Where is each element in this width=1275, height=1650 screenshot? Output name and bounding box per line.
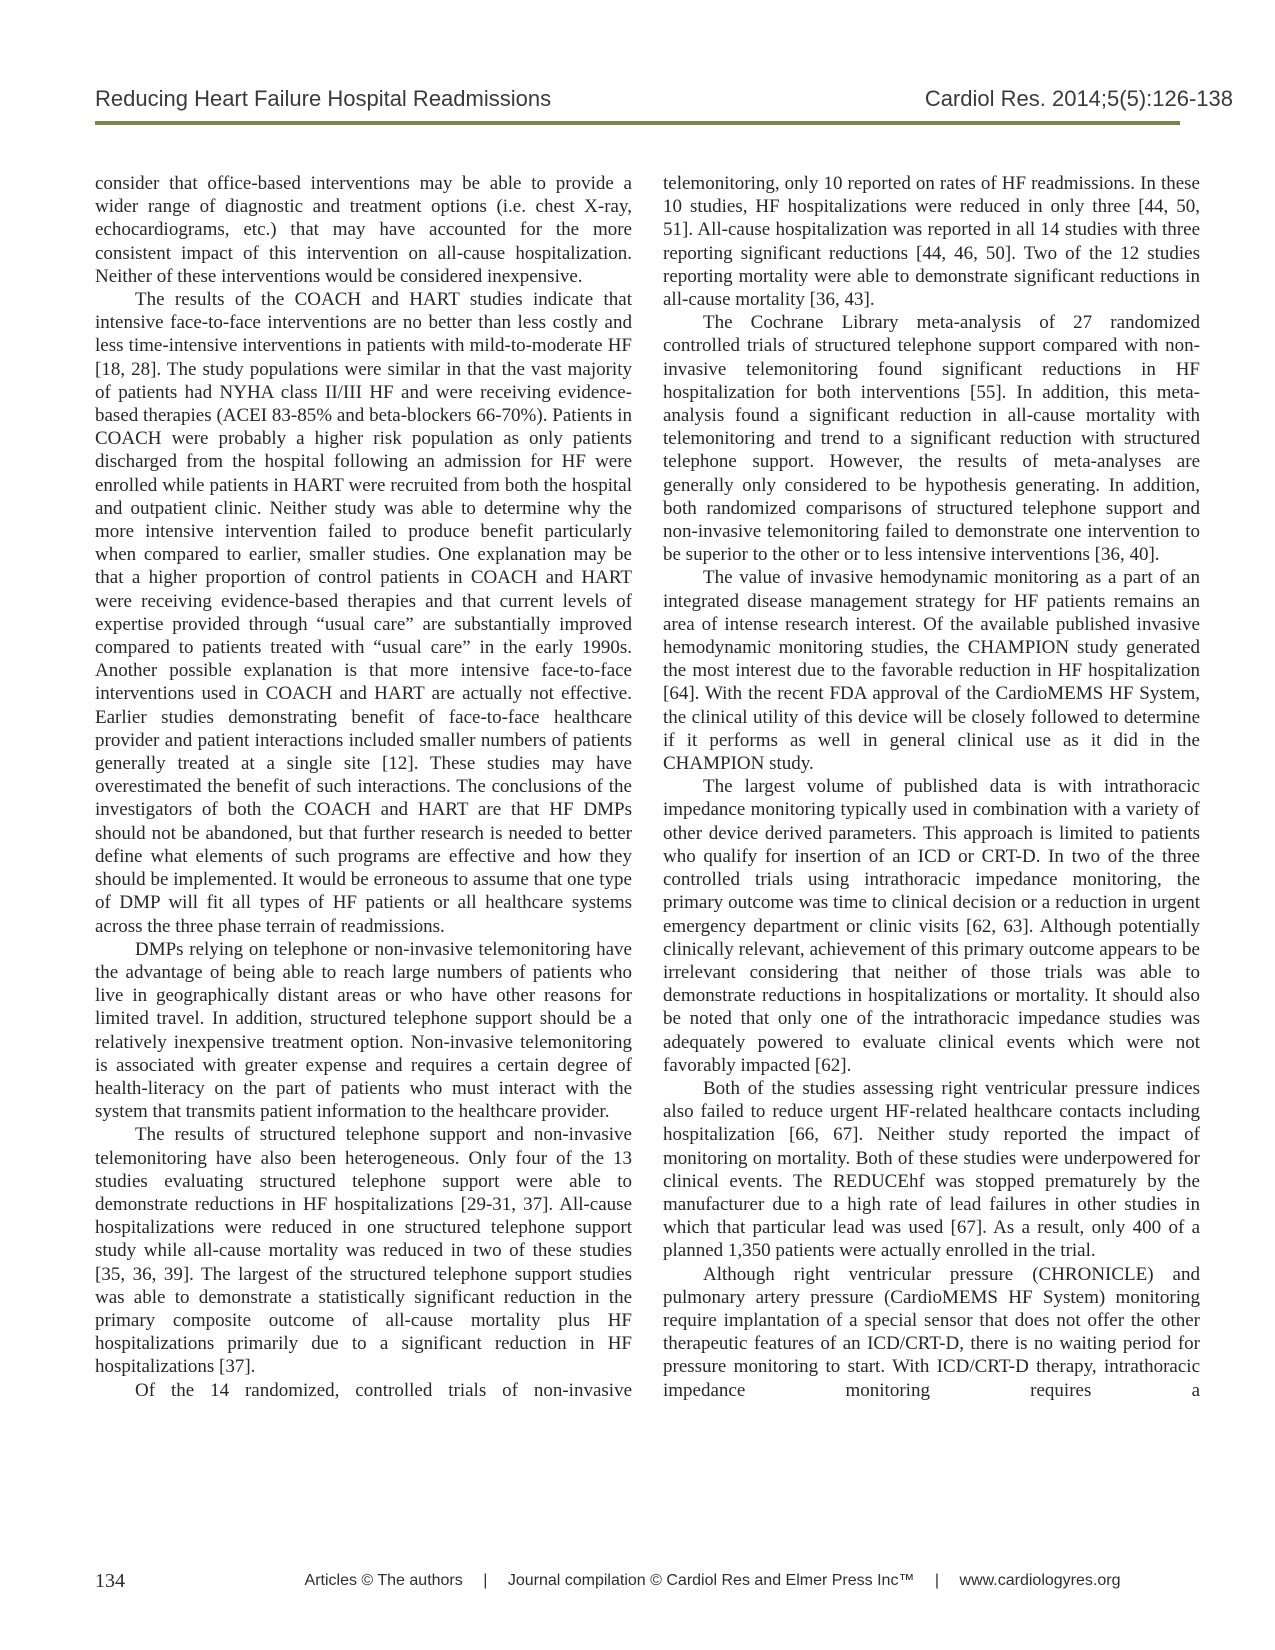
footer-separator: | [935,1572,939,1590]
paragraph: Both of the studies assessing right vent… [663,1077,1200,1263]
page-header: Reducing Heart Failure Hospital Readmiss… [95,86,1233,112]
right-column: telemonitoring, only 10 reported on rate… [663,172,1200,1402]
journal-page: Reducing Heart Failure Hospital Readmiss… [0,0,1275,1650]
running-title: Reducing Heart Failure Hospital Readmiss… [95,86,551,112]
footer-credit-articles: Articles © The authors [305,1572,463,1589]
left-column: consider that office-based interventions… [95,172,632,1402]
paragraph: telemonitoring, only 10 reported on rate… [663,172,1200,311]
paragraph: The results of the COACH and HART studie… [95,288,632,938]
article-body: consider that office-based interventions… [95,172,1200,1402]
paragraph: The results of structured telephone supp… [95,1123,632,1378]
paragraph: consider that office-based interventions… [95,172,632,288]
paragraph: DMPs relying on telephone or non-invasiv… [95,938,632,1124]
footer-separator: | [483,1572,487,1590]
journal-citation: Cardiol Res. 2014;5(5):126-138 [925,86,1233,112]
paragraph: The Cochrane Library meta-analysis of 27… [663,311,1200,566]
paragraph: Although right ventricular pressure (CHR… [663,1263,1200,1402]
footer-credit-compilation: Journal compilation © Cardiol Res and El… [508,1572,915,1589]
header-rule [95,121,1180,125]
paragraph: Of the 14 randomized, controlled trials … [95,1379,632,1402]
page-footer: 134 Articles © The authors | Journal com… [95,1570,1200,1600]
paragraph: The value of invasive hemodynamic monito… [663,566,1200,775]
footer-credits: Articles © The authors | Journal compila… [95,1572,1200,1590]
paragraph: The largest volume of published data is … [663,775,1200,1077]
footer-credit-url: www.cardiologyres.org [960,1572,1121,1589]
